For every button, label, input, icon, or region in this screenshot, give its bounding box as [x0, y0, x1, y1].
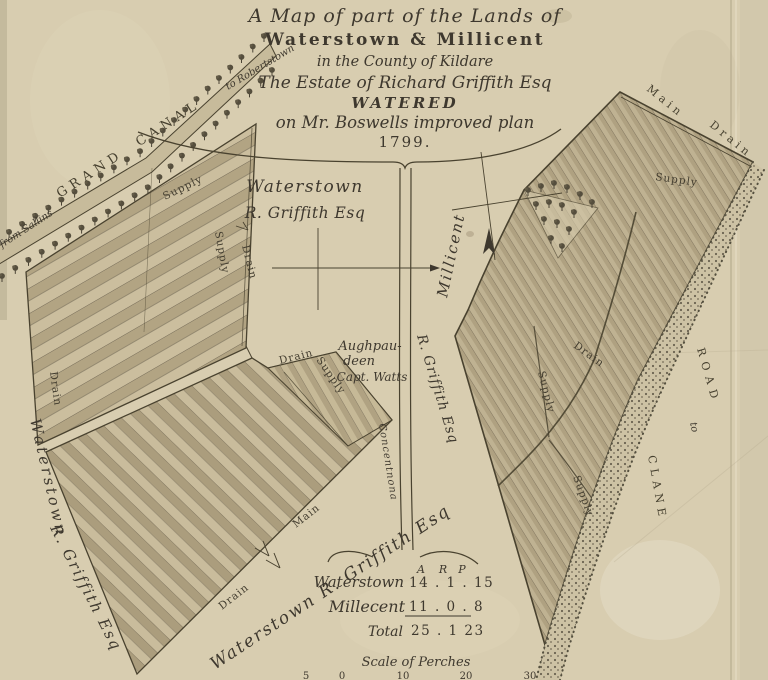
table-row-label: Millecent	[328, 597, 406, 616]
page-edge-shadow	[0, 0, 7, 320]
aughpaudeen-label-1: Aughpau-	[337, 339, 401, 354]
title-line2: Waterstown & Millicent	[264, 30, 545, 50]
title-line1: A Map of part of the Lands of	[247, 5, 564, 27]
griffith-center-label: R. Griffith Esq	[244, 204, 366, 222]
title-line7: 1799.	[379, 133, 432, 151]
table-row-label: Waterstown	[314, 573, 404, 591]
table-row-label: Total	[368, 624, 403, 640]
table-row-value: 11 . 0 . 8	[409, 599, 484, 615]
waterstown-center-label: Waterstown	[246, 177, 363, 197]
map-page: GRAND CANAL from Sallins to Robertstown …	[0, 0, 768, 680]
map-canvas: GRAND CANAL from Sallins to Robertstown …	[0, 0, 768, 680]
capt-watts-label: Capt. Watts	[337, 370, 408, 384]
title-line5: WATERED	[351, 94, 458, 112]
title-line6: on Mr. Boswells improved plan	[276, 113, 534, 132]
scale-label: Scale of Perches	[362, 655, 471, 670]
scale-tick: 10	[397, 671, 410, 680]
table-row-value: 14 . 1 . 15	[409, 575, 494, 591]
scale-tick: 20	[460, 671, 473, 680]
title-line3: in the County of Kildare	[317, 54, 493, 70]
scale-tick: 30	[524, 671, 537, 680]
title-line4: The Estate of Richard Griffith Esq	[258, 73, 551, 93]
title-block: A Map of part of the Lands of Waterstown…	[247, 5, 564, 151]
scale-tick: 5	[303, 671, 309, 680]
aughpaudeen-label-2: deen	[343, 354, 375, 369]
table-row-value: 25 . 1 23	[411, 623, 485, 639]
scale-tick: 0	[339, 671, 345, 680]
